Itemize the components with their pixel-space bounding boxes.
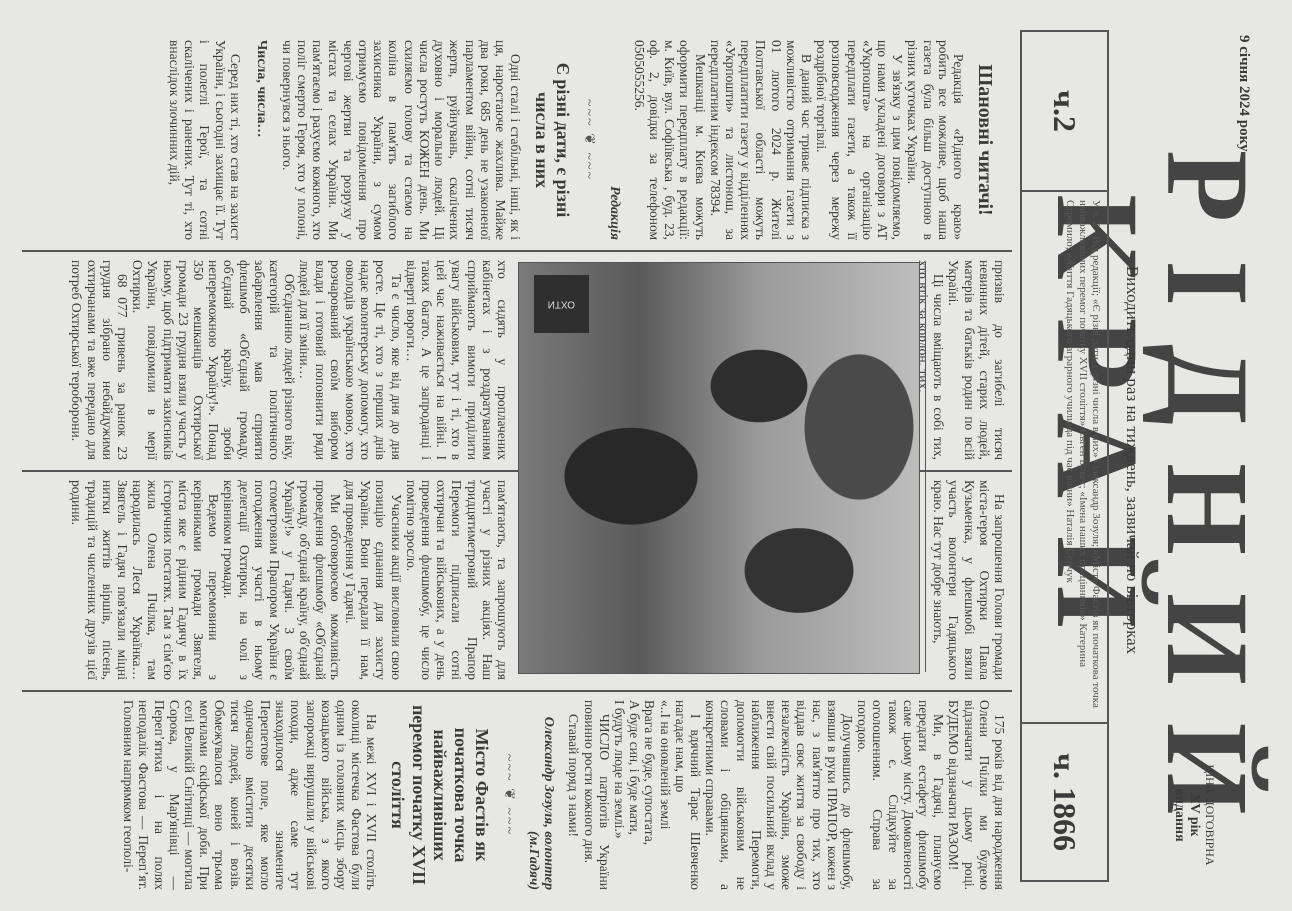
article1-paragraph: На запрошення Голови громади міста-героя… bbox=[931, 480, 1007, 680]
editorial-signature: Редакція bbox=[606, 40, 621, 240]
part-number: ч.2 bbox=[1022, 32, 1107, 190]
editorial-paragraph: У зв'язку з цим повідомляємо, що нами ук… bbox=[814, 40, 905, 240]
article1-paragraph: Об'єднанню людей різного віку, категорій… bbox=[130, 260, 297, 460]
article1-paragraph: ЧИСЛО патріотів України повинно рости ко… bbox=[581, 700, 611, 890]
edition-year-sub: видання bbox=[1172, 740, 1187, 890]
poem-line: І будуть люде на землі.» bbox=[612, 700, 627, 890]
ornament-divider: ~~~ ❦ ~~~ bbox=[501, 700, 516, 890]
article1-title: Є різні дати, є різні числа в них bbox=[531, 40, 573, 240]
divider bbox=[1108, 30, 1110, 882]
price-block: ЦІНА ДОГОВІРНА XV рік видання bbox=[1172, 740, 1217, 890]
article1-subheading: Числа, числа… bbox=[251, 40, 272, 240]
article1-paragraph: 175 років від дня народження Олени Пчілк… bbox=[946, 700, 1007, 890]
column-3-bottom: пам'ятають, та запрошують для участі у р… bbox=[69, 480, 510, 680]
editorial-paragraph: В даний час триває підписка з можливістю… bbox=[708, 40, 814, 240]
article1-paragraph: 68 077 гривень за ранок 23 грудня зібран… bbox=[69, 260, 130, 460]
editorial-paragraph: Мешканці м. Києва можуть оформити передп… bbox=[632, 40, 708, 240]
poem-line: Врага не буде, супостата, bbox=[642, 700, 657, 890]
article1-paragraph: Ставай поряд з нами! bbox=[566, 700, 581, 890]
article1-paragraph: Та є число, яке від дня до дня росте. Це… bbox=[297, 260, 403, 460]
article1-paragraph: І вдячний Тарас Шевченко нагадає нам, що bbox=[673, 700, 703, 890]
article1-paragraph: Ми обговорюємо можливість проведення фле… bbox=[221, 480, 343, 680]
article2-title: Місто Фастів як початкова точка найважли… bbox=[388, 700, 493, 890]
edition-year: XV рік bbox=[1187, 740, 1202, 890]
article1-paragraph: Ці числа вміщають в собі тих, хто втік з… bbox=[916, 260, 946, 460]
article2-paragraph: На межі XVI і XVII століть околиці місте… bbox=[121, 700, 379, 890]
divider bbox=[1021, 880, 1109, 882]
column-divider bbox=[22, 690, 1012, 692]
news-photo: ОХТИ bbox=[518, 262, 920, 674]
column-1: Шановні читачі! Редакція «Рідного краю» … bbox=[167, 40, 1007, 240]
article1-paragraph: пам'ятають, та запрошують для участі у р… bbox=[404, 480, 510, 680]
column-3-top: На запрошення Голови громади міста-героя… bbox=[931, 480, 1007, 680]
issue-contents: У ч. 2 - Від редакції; «Є різні дати, є … bbox=[1012, 192, 1107, 722]
issue-number: ч. 1866 bbox=[1022, 724, 1107, 880]
article1-paragraph: хто сидять у проплачених кабінетах і з р… bbox=[404, 260, 510, 460]
article1-paragraph: Ми, в Гадячі, плануємо передати естафету… bbox=[855, 700, 946, 890]
price-label: ЦІНА ДОГОВІРНА bbox=[1202, 740, 1217, 890]
poem-line: А буде син, і буде мати, bbox=[627, 700, 642, 890]
article1-paragraph: Одні сталі і стабільні, інші, як і ця, н… bbox=[280, 40, 523, 240]
editorial-title: Шановні читачі! bbox=[974, 40, 995, 240]
article1-paragraph: Ведемо перемовини з керівниками громади … bbox=[69, 480, 221, 680]
article1-paragraph: призвів до загибелі тисяч невинних дітей… bbox=[946, 260, 1007, 460]
issue-date: 9 січня 2024 року bbox=[1235, 35, 1252, 152]
column-2-bottom: хто сидять у проплачених кабінетах і з р… bbox=[69, 260, 510, 460]
article1-paragraph: Долучившись до флешмобу, взявши в руки П… bbox=[703, 700, 855, 890]
tagline: Виходить один раз на тиждень, зазвичай п… bbox=[1122, 160, 1142, 760]
column-2-top: призвів до загибелі тисяч невинних дітей… bbox=[916, 260, 1007, 460]
article1-paragraph: Серед них ті, хто став на захист України… bbox=[167, 40, 243, 240]
photo-sign: ОХТИ bbox=[534, 275, 589, 333]
poem-line: «..І на оновленій землі bbox=[657, 700, 672, 890]
column-divider bbox=[22, 250, 1012, 252]
article1-paragraph: Учасники акції висловили свою позицію єд… bbox=[343, 480, 404, 680]
editorial-paragraph: Редакція «Рідного краю» робить все можли… bbox=[905, 40, 966, 240]
divider bbox=[925, 262, 926, 672]
article1-signature: Олександр Зозуля, волонтер (м.Гадяч) bbox=[526, 700, 556, 890]
column-4: 175 років від дня народження Олени Пчілк… bbox=[121, 700, 1007, 890]
newspaper-page: 9 січня 2024 року РІДНИЙ КРАЙ Виходить о… bbox=[0, 0, 1292, 911]
ornament-divider: ~~~ ❦ ~~~ bbox=[581, 40, 596, 240]
